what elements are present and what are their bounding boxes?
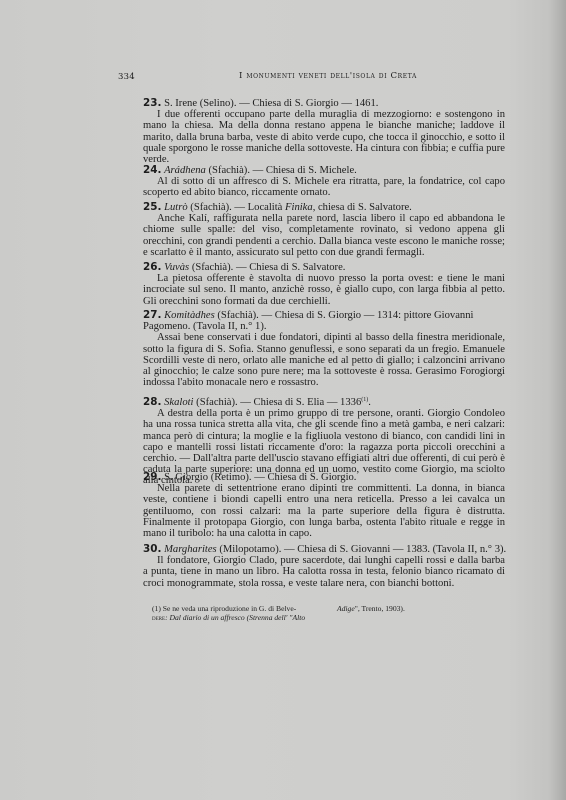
entry-region: (Sfachià). bbox=[196, 397, 237, 408]
entry-church: — Chiesa di S. Salvatore. bbox=[233, 262, 345, 273]
entry-place: Komitàdhes bbox=[164, 310, 215, 321]
entry-29: 29. S. Giorgio (Retimo). — Chiesa di S. … bbox=[143, 472, 505, 539]
entry-region: (Sfachià). bbox=[192, 262, 233, 273]
entry-region: (Sfachià). bbox=[217, 310, 258, 321]
footnote-line-2: dere: Dal diario di un affresco (Strenna… bbox=[152, 613, 412, 622]
entry-body: Assai bene conservati i due fondatori, d… bbox=[143, 332, 505, 388]
footnote-place-year: ", Trento, 1903). bbox=[355, 604, 405, 613]
entry-heading: 25. Lutrò (Sfachià). — Località Finika, … bbox=[143, 202, 505, 213]
entry-church: , chiesa di S. Salvatore. bbox=[313, 202, 412, 213]
entry-body: Anche Kalí, raffigurata nella parete nor… bbox=[143, 213, 505, 258]
entry-number: 24. bbox=[143, 164, 161, 176]
entry-church: — Chiesa di S. Michele. bbox=[250, 165, 357, 176]
entry-place: Lutrò bbox=[164, 202, 188, 213]
entry-30: 30. Margharites (Milopotamo). — Chiesa d… bbox=[143, 544, 505, 589]
entry-heading: 27. Komitàdhes (Sfachià). — Chiesa di S.… bbox=[143, 310, 505, 332]
entry-number: 27. bbox=[143, 309, 161, 321]
entry-heading: 30. Margharites (Milopotamo). — Chiesa d… bbox=[143, 544, 505, 555]
entry-region: (Selino). bbox=[200, 98, 237, 109]
entry-body: La pietosa offerente è stavolta di nuovo… bbox=[143, 273, 505, 307]
entry-place: Margharites bbox=[164, 544, 217, 555]
entry-number: 26. bbox=[143, 261, 161, 273]
entry-23: 23. S. Irene (Selino). — Chiesa di S. Gi… bbox=[143, 98, 505, 165]
entry-heading: 23. S. Irene (Selino). — Chiesa di S. Gi… bbox=[143, 98, 505, 109]
entry-heading: 29. S. Giorgio (Retimo). — Chiesa di S. … bbox=[143, 472, 505, 483]
running-head: 334 I monumenti veneti dell'isola di Cre… bbox=[118, 71, 514, 85]
entry-body: Nella parete di settentrione erano dipin… bbox=[143, 483, 505, 539]
entry-church: — Chiesa di S. Giovanni — 1383. (Tavola … bbox=[281, 544, 506, 555]
entry-region: (Sfachià). bbox=[190, 202, 231, 213]
entry-25: 25. Lutrò (Sfachià). — Località Finika, … bbox=[143, 202, 505, 258]
entry-body: Il fondatore, Giorgio Clado, pure sacerd… bbox=[143, 555, 505, 589]
entry-heading: 26. Vuvàs (Sfachià). — Chiesa di S. Salv… bbox=[143, 262, 505, 273]
entry-number: 25. bbox=[143, 201, 161, 213]
entry-number: 23. bbox=[143, 97, 161, 109]
footnote-journal: Adige bbox=[337, 604, 355, 613]
entry-locality: Finika bbox=[285, 202, 313, 213]
entry-body: Al di sotto di un affresco di S. Michele… bbox=[143, 176, 505, 198]
entry-place: Vuvàs bbox=[164, 262, 189, 273]
entry-heading: 28. Skaloti (Sfachià). — Chiesa di S. El… bbox=[143, 397, 505, 408]
entry-number: 29. bbox=[143, 471, 161, 483]
footnote-text-2: : Dal diario di un affresco (Strenna del… bbox=[165, 613, 305, 622]
entry-locality-label: — Località bbox=[232, 202, 285, 213]
entry-heading-end: . bbox=[368, 397, 371, 408]
entry-church: — Chiesa di S. Elia — 1336 bbox=[238, 397, 362, 408]
entry-24: 24. Arádhena (Sfachià). — Chiesa di S. M… bbox=[143, 165, 505, 199]
entry-church: — Chiesa di S. Giorgio — 1461. bbox=[236, 98, 378, 109]
footnote-column-2: Adige", Trento, 1903). bbox=[337, 604, 405, 613]
entry-27: 27. Komitàdhes (Sfachià). — Chiesa di S.… bbox=[143, 310, 505, 388]
entry-place: Arádhena bbox=[164, 165, 206, 176]
entry-place: Skaloti bbox=[164, 397, 193, 408]
entry-place: S. Giorgio bbox=[164, 472, 208, 483]
entry-heading: 24. Arádhena (Sfachià). — Chiesa di S. M… bbox=[143, 165, 505, 176]
entry-26: 26. Vuvàs (Sfachià). — Chiesa di S. Salv… bbox=[143, 262, 505, 307]
footnote-text-1: Se ne veda una riproduzione in G. di Bel… bbox=[163, 604, 296, 613]
entry-body: I due offerenti occupano parte della mur… bbox=[143, 109, 505, 165]
entry-church: — Chiesa di S. Giorgio. bbox=[252, 472, 357, 483]
entry-region: (Sfachià). bbox=[209, 165, 250, 176]
entry-region: (Milopotamo). bbox=[219, 544, 281, 555]
book-page: 334 I monumenti veneti dell'isola di Cre… bbox=[0, 0, 566, 800]
running-title: I monumenti veneti dell'isola di Creta bbox=[118, 71, 514, 81]
footnote-marker: (1) bbox=[152, 604, 161, 613]
entry-number: 30. bbox=[143, 543, 161, 555]
entry-number: 28. bbox=[143, 396, 161, 408]
footnote-author-end: dere bbox=[152, 613, 165, 622]
entry-place: S. Irene bbox=[164, 98, 197, 109]
entry-region: (Retimo). bbox=[211, 472, 252, 483]
